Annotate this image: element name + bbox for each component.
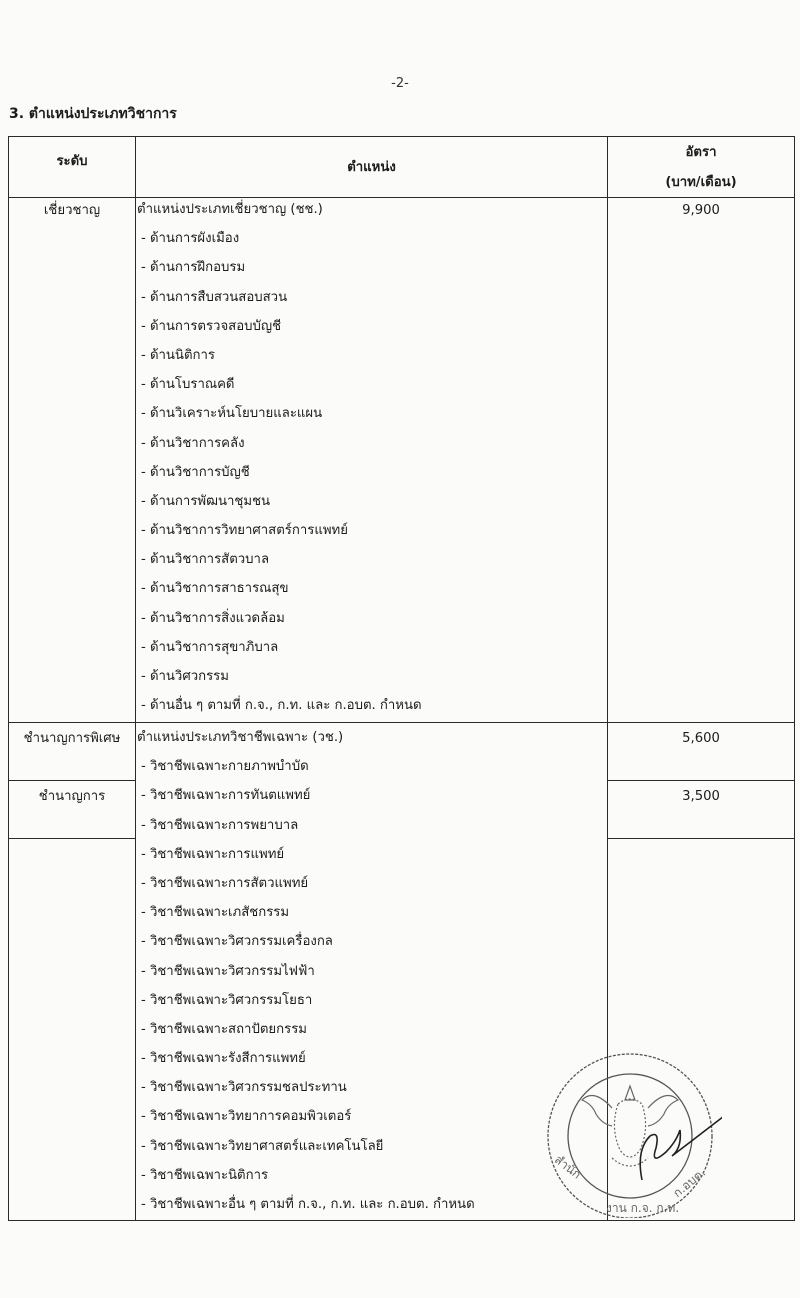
header-position: ตำแหน่ง: [136, 158, 607, 178]
rate-senior-professional: 5,600: [608, 729, 794, 749]
rate-professional: 3,500: [608, 787, 794, 807]
professional-position-item: - วิชาชีพเฉพาะนิติการ: [137, 1166, 607, 1195]
expert-position-list: ตำแหน่งประเภทเชี่ยวชาญ (ชช.) - ด้านการผั…: [137, 200, 607, 725]
table-border-right: [794, 136, 795, 1221]
expert-position-item: - ด้านอื่น ๆ ตามที่ ก.จ., ก.ท. และ ก.อบต…: [137, 696, 607, 725]
professional-position-item: - วิชาชีพเฉพาะการแพทย์: [137, 845, 607, 874]
level-divider-2-right: [607, 838, 795, 839]
header-rate-line1: อัตรา: [608, 143, 794, 163]
level-expert: เชี่ยวชาญ: [9, 201, 135, 221]
expert-position-item: - ด้านวิชาการสุขาภิบาล: [137, 638, 607, 667]
svg-text:ก.อบต.: ก.อบต.: [670, 1165, 708, 1200]
svg-text:งาน ก.จ. ก.ท.: งาน ก.จ. ก.ท.: [606, 1201, 679, 1215]
expert-position-item: - ด้านวิเคราะห์นโยบายและแผน: [137, 404, 607, 433]
professional-position-item: - วิชาชีพเฉพาะวิศวกรรมไฟฟ้า: [137, 962, 607, 991]
level-divider-1-left: [8, 780, 135, 781]
header-rate-line2: (บาท/เดือน): [608, 173, 794, 193]
header-divider: [8, 197, 795, 198]
professional-position-list: ตำแหน่งประเภทวิชาชีพเฉพาะ (วช.) - วิชาชี…: [137, 728, 607, 1224]
level-divider-1-right: [607, 780, 795, 781]
rate-expert: 9,900: [608, 201, 794, 221]
level-senior-professional: ชำนาญการพิเศษ: [9, 729, 135, 749]
expert-position-item: - ด้านวิชาการบัญชี: [137, 463, 607, 492]
expert-position-item: - ด้านนิติการ: [137, 346, 607, 375]
professional-position-item: - วิชาชีพเฉพาะวิทยาศาสตร์และเทคโนโลยี: [137, 1137, 607, 1166]
professional-position-item: - วิชาชีพเฉพาะอื่น ๆ ตามที่ ก.จ., ก.ท. แ…: [137, 1195, 607, 1224]
header-level: ระดับ: [9, 152, 135, 172]
expert-position-item: - ด้านวิชาการวิทยาศาสตร์การแพทย์: [137, 521, 607, 550]
professional-position-item: - วิชาชีพเฉพาะการพยาบาล: [137, 816, 607, 845]
professional-position-item: - วิชาชีพเฉพาะวิศวกรรมชลประทาน: [137, 1078, 607, 1107]
expert-heading: ตำแหน่งประเภทเชี่ยวชาญ (ชช.): [137, 200, 607, 229]
table-border-left: [8, 136, 9, 1221]
expert-position-item: - ด้านการผังเมือง: [137, 229, 607, 258]
expert-position-item: - ด้านวิชาการสาธารณสุข: [137, 579, 607, 608]
professional-position-item: - วิชาชีพเฉพาะสถาปัตยกรรม: [137, 1020, 607, 1049]
expert-position-item: - ด้านโบราณคดี: [137, 375, 607, 404]
expert-position-item: - ด้านการสืบสวนสอบสวน: [137, 288, 607, 317]
professional-position-item: - วิชาชีพเฉพาะวิศวกรรมโยธา: [137, 991, 607, 1020]
professional-position-item: - วิชาชีพเฉพาะรังสีการแพทย์: [137, 1049, 607, 1078]
table-border-top: [8, 136, 795, 137]
professional-position-item: - วิชาชีพเฉพาะกายภาพบำบัด: [137, 757, 607, 786]
expert-position-item: - ด้านวิชาการคลัง: [137, 434, 607, 463]
page-number: -2-: [0, 76, 800, 91]
professional-position-item: - วิชาชีพเฉพาะการสัตวแพทย์: [137, 874, 607, 903]
expert-position-item: - ด้านการฝึกอบรม: [137, 258, 607, 287]
professional-position-item: - วิชาชีพเฉพาะวิทยาการคอมพิวเตอร์: [137, 1107, 607, 1136]
professional-heading: ตำแหน่งประเภทวิชาชีพเฉพาะ (วช.): [137, 728, 607, 757]
professional-position-item: - วิชาชีพเฉพาะการทันตแพทย์: [137, 786, 607, 815]
expert-position-item: - ด้านวิศวกรรม: [137, 667, 607, 696]
garuda-seal-icon: สำนัก งาน ก.จ. ก.ท. ก.อบต.: [542, 1048, 722, 1218]
section-title: 3. ตำแหน่งประเภทวิชาการ: [9, 103, 177, 125]
expert-position-item: - ด้านการตรวจสอบบัญชี: [137, 317, 607, 346]
svg-text:สำนัก: สำนัก: [552, 1152, 584, 1181]
level-professional: ชำนาญการ: [9, 787, 135, 807]
expert-position-item: - ด้านวิชาการสัตวบาล: [137, 550, 607, 579]
professional-position-item: - วิชาชีพเฉพาะวิศวกรรมเครื่องกล: [137, 932, 607, 961]
expert-position-item: - ด้านการพัฒนาชุมชน: [137, 492, 607, 521]
level-divider-2-left: [8, 838, 135, 839]
expert-position-item: - ด้านวิชาการสิ่งแวดล้อม: [137, 609, 607, 638]
professional-position-item: - วิชาชีพเฉพาะเภสัชกรรม: [137, 903, 607, 932]
